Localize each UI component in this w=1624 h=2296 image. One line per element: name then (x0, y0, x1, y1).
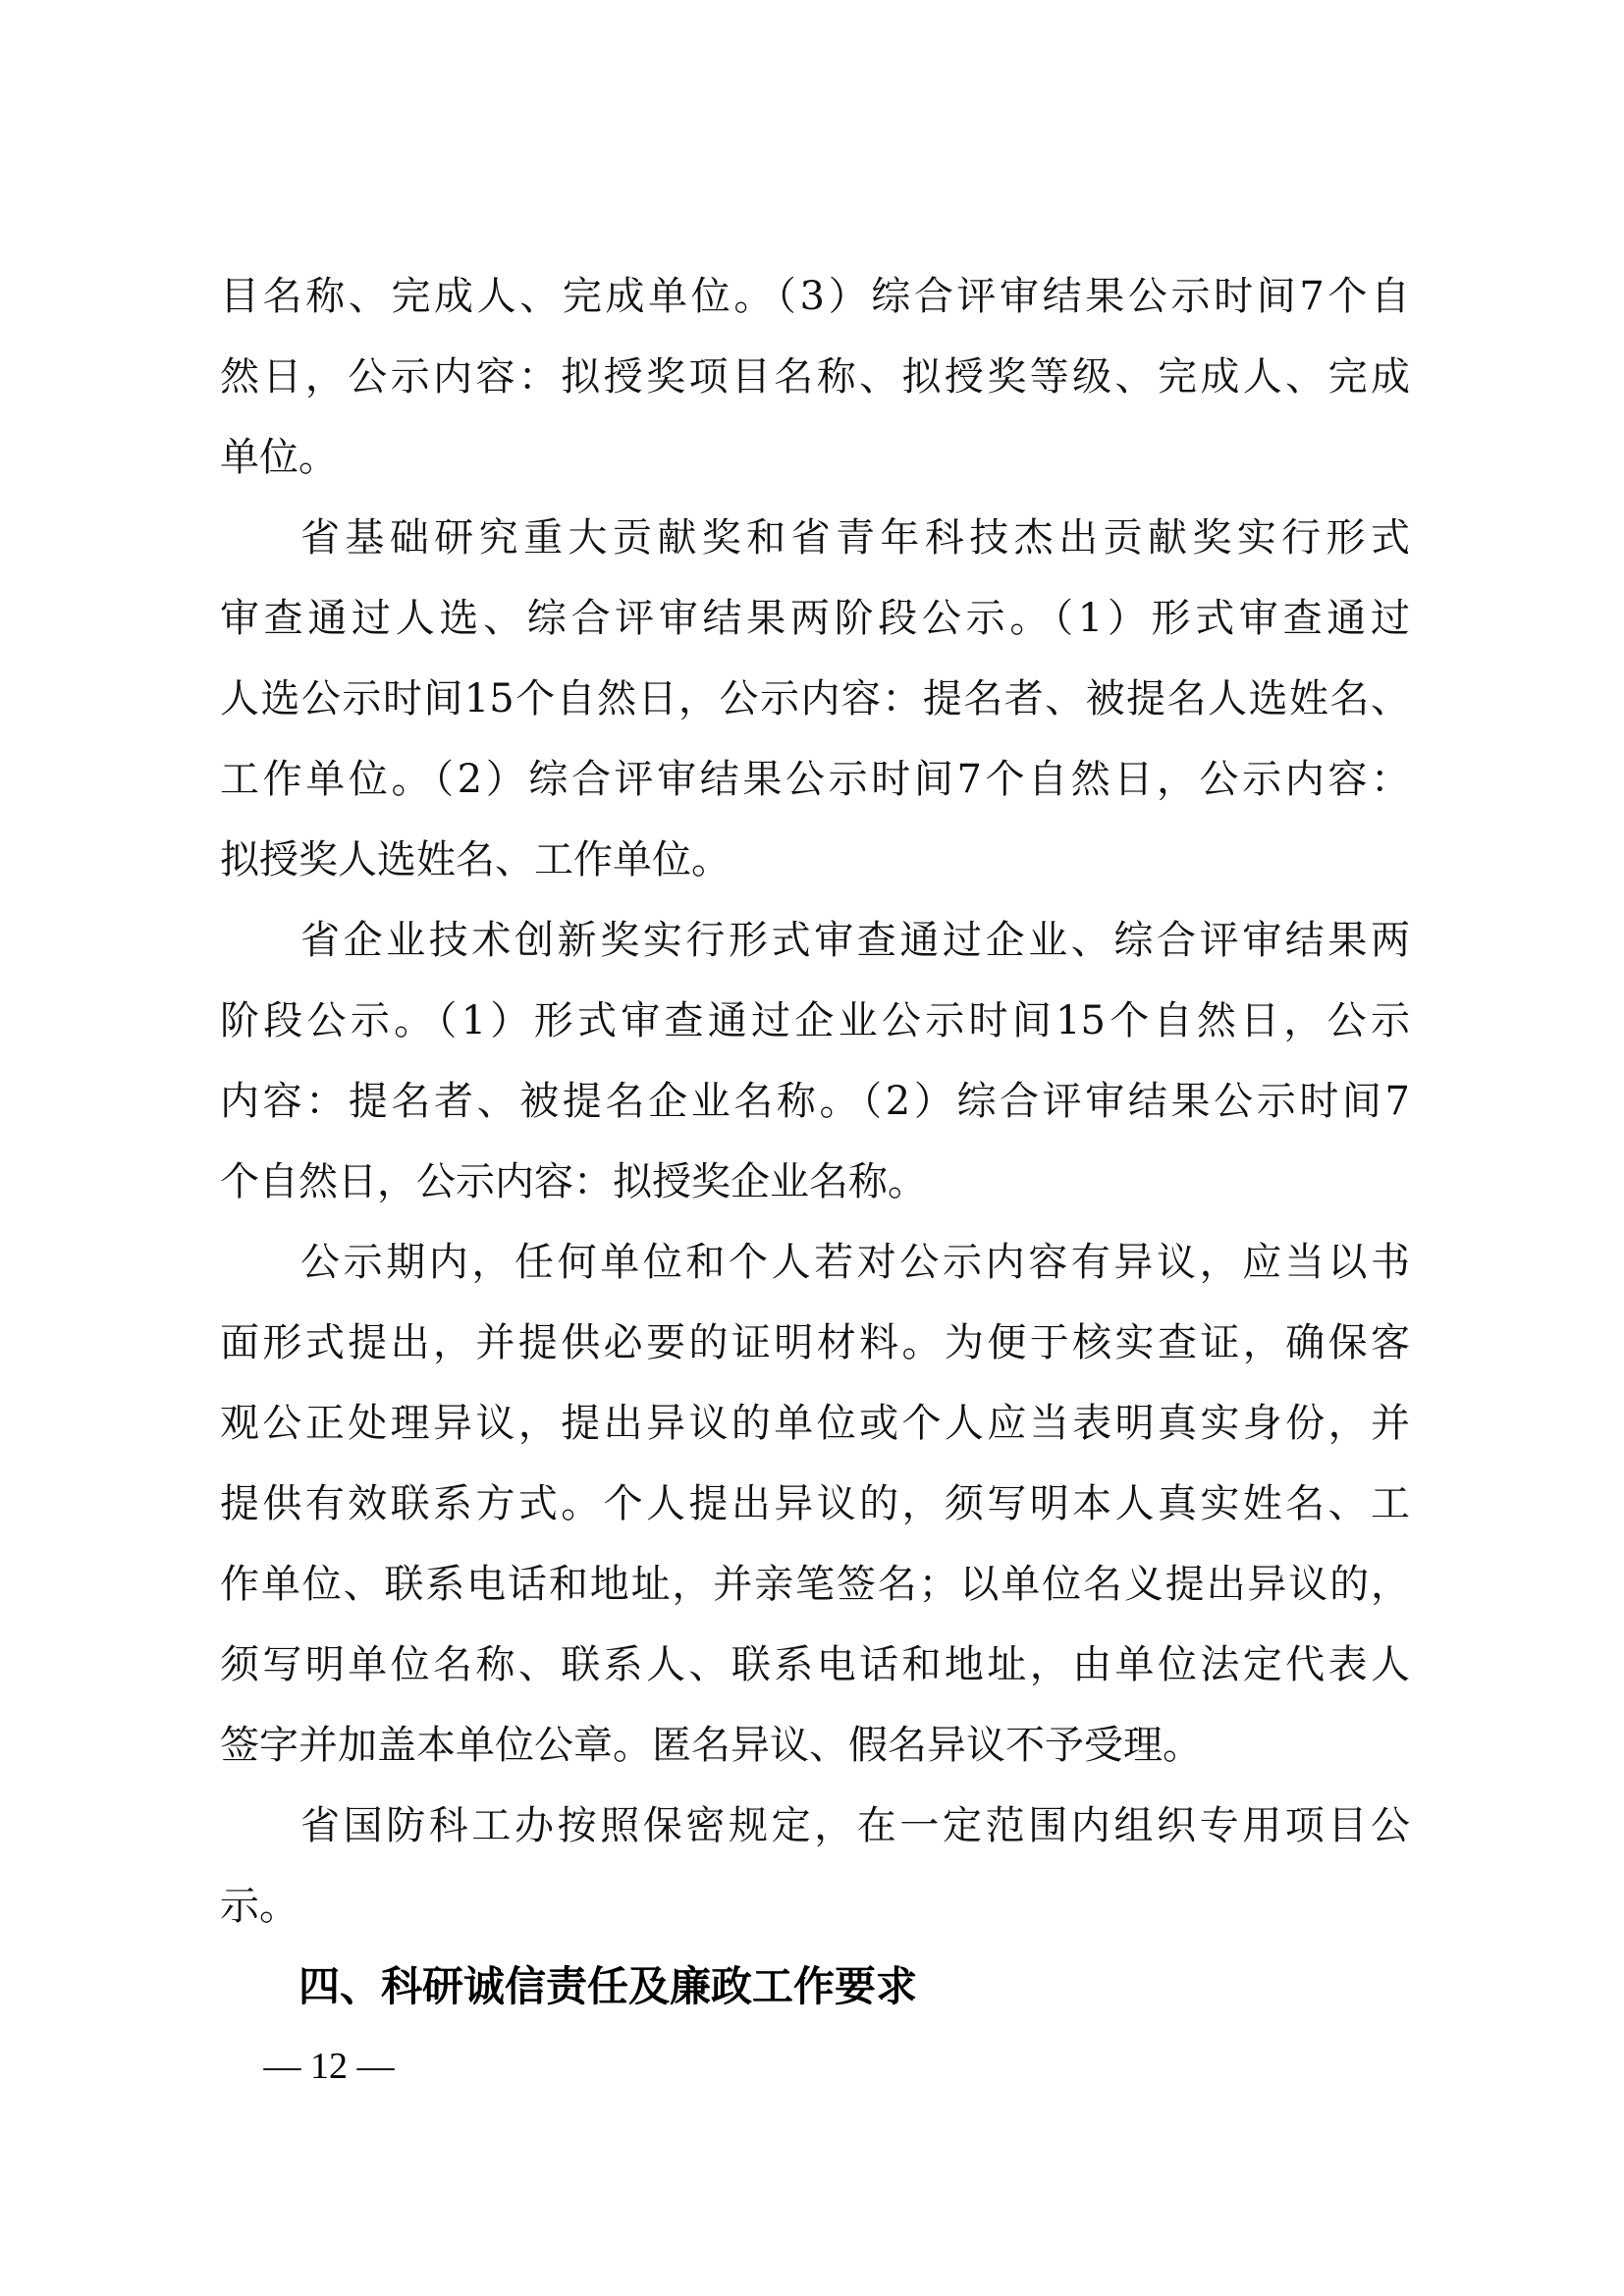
paragraph-line: 须写明单位名称、联系人、联系电话和地址，由单位法定代表人 (220, 1625, 1410, 1705)
paragraph-line: 然日，公示内容：拟授奖项目名称、拟授奖等级、完成人、完成 (220, 337, 1410, 417)
paragraph-line: 工作单位。（2）综合评审结果公示时间7个自然日，公示内容： (220, 739, 1410, 820)
paragraph-line: 省基础研究重大贡献奖和省青年科技杰出贡献奖实行形式 (220, 498, 1410, 578)
paragraph-line: 示。 (220, 1866, 1410, 1947)
page-number: — 12 — (249, 2037, 408, 2096)
paragraph-line: 省国防科工办按照保密规定，在一定范围内组织专用项目公 (220, 1786, 1410, 1866)
paragraph-line: 观公正处理异议，提出异议的单位或个人应当表明真实身份，并 (220, 1383, 1410, 1464)
paragraph-line: 人选公示时间15个自然日，公示内容：提名者、被提名人选姓名、 (220, 659, 1410, 739)
paragraph-line: 公示期内，任何单位和个人若对公示内容有异议，应当以书 (220, 1222, 1410, 1303)
paragraph-line: 单位。 (220, 417, 1410, 498)
paragraph-line: 签字并加盖本单位公章。匿名异议、假名异议不予受理。 (220, 1705, 1410, 1786)
paragraph-line: 作单位、联系电话和地址，并亲笔签名；以单位名义提出异议的， (220, 1544, 1410, 1625)
section-heading: 四、科研诚信责任及廉政工作要求 (298, 1947, 917, 2027)
paragraph-line: 面形式提出，并提供必要的证明材料。为便于核实查证，确保客 (220, 1303, 1410, 1383)
paragraph-line: 拟授奖人选姓名、工作单位。 (220, 820, 1410, 900)
paragraph-line: 目名称、完成人、完成单位。（3）综合评审结果公示时间7个自 (220, 256, 1410, 337)
paragraph-line: 个自然日，公示内容：拟授奖企业名称。 (220, 1142, 1410, 1222)
document-page: 目名称、完成人、完成单位。（3）综合评审结果公示时间7个自 然日，公示内容：拟授… (0, 0, 1624, 2296)
paragraph-line: 审查通过人选、综合评审结果两阶段公示。（1）形式审查通过 (220, 578, 1410, 659)
paragraph-line: 阶段公示。（1）形式审查通过企业公示时间15个自然日，公示 (220, 981, 1410, 1061)
paragraph-line: 内容：提名者、被提名企业名称。（2）综合评审结果公示时间7 (220, 1061, 1410, 1142)
paragraph-line: 省企业技术创新奖实行形式审查通过企业、综合评审结果两 (220, 900, 1410, 981)
paragraph-line: 提供有效联系方式。个人提出异议的，须写明本人真实姓名、工 (220, 1464, 1410, 1544)
